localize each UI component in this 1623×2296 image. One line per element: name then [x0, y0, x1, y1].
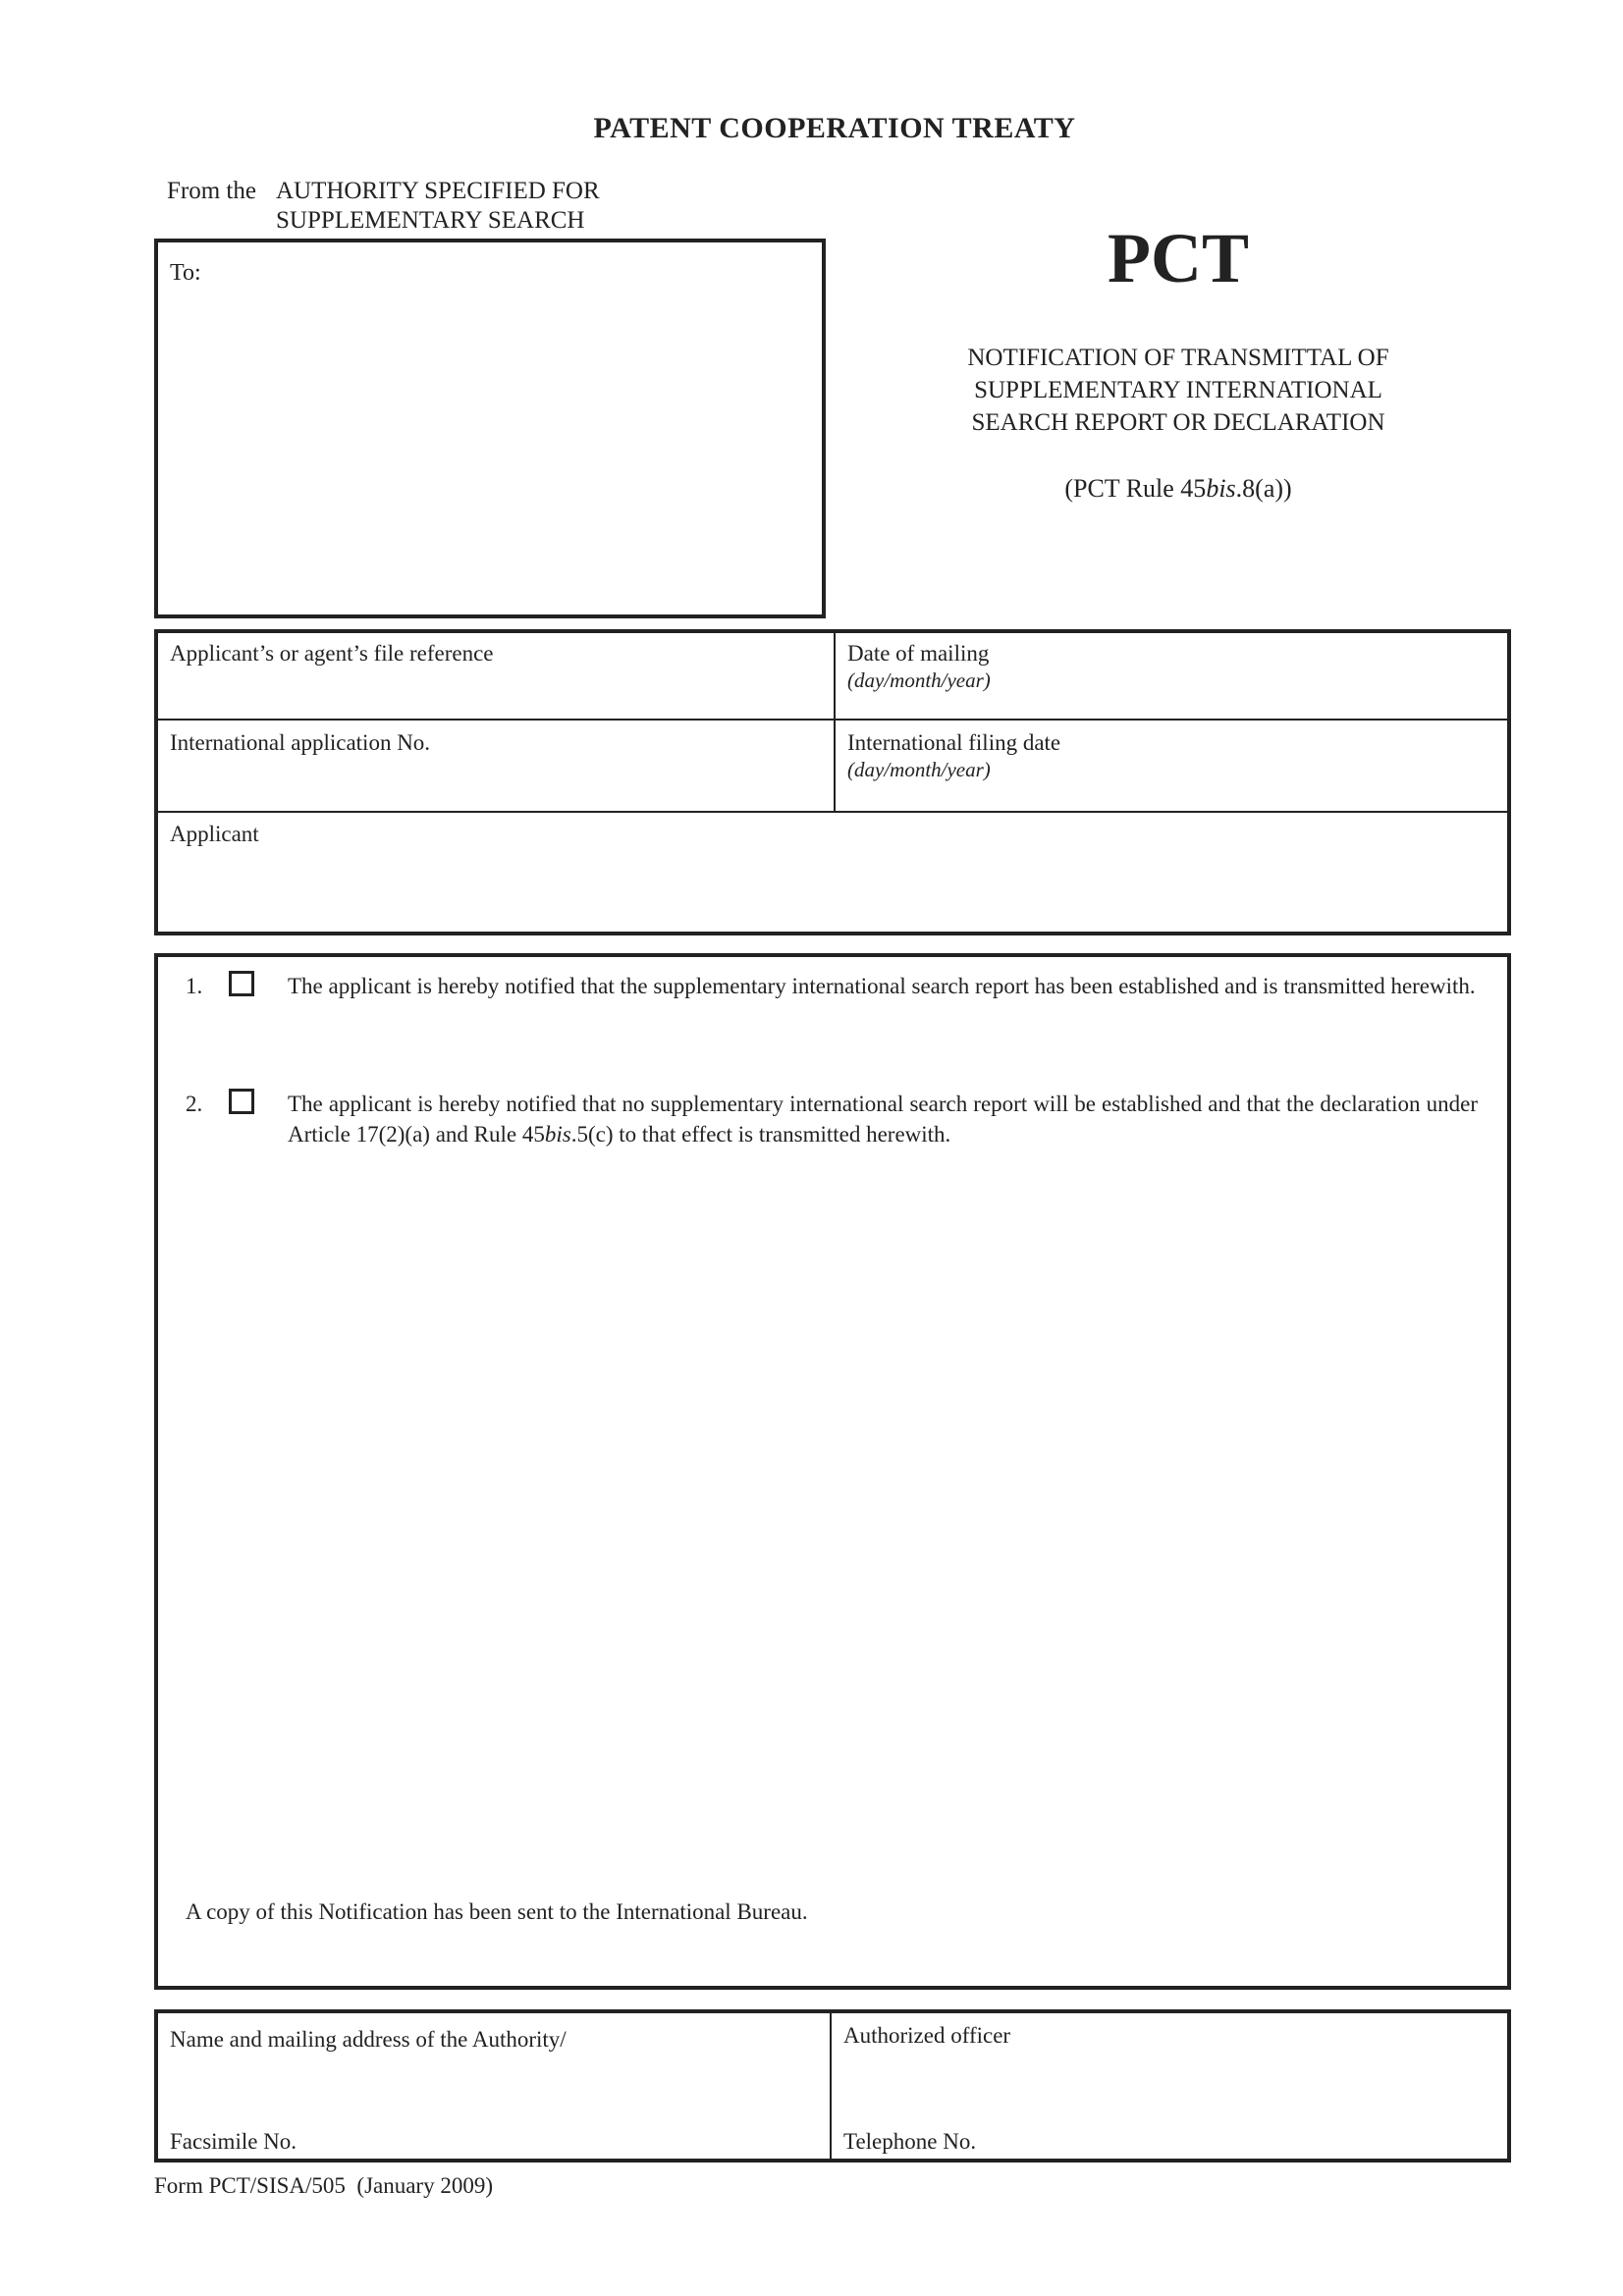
rule-italic: bis — [1206, 474, 1235, 503]
signature-block: Name and mailing address of the Authorit… — [154, 2009, 1511, 2163]
authority-name: AUTHORITY SPECIFIED FOR SUPPLEMENTARY SE… — [276, 177, 600, 236]
telephone-field[interactable]: Telephone No. — [843, 2129, 1491, 2155]
notice-text: The applicant is hereby notified that th… — [288, 971, 1478, 1001]
column-divider — [830, 2013, 832, 2159]
file-reference-label: Applicant’s or agent’s file reference — [170, 641, 494, 666]
row-divider — [158, 811, 1507, 813]
date-of-mailing-label: Date of mailing — [847, 641, 989, 666]
notice-number: 2. — [186, 1089, 202, 1119]
notice-text: The applicant is hereby notified that no… — [288, 1089, 1478, 1149]
application-number-label: International application No. — [170, 730, 430, 755]
authority-line-2: SUPPLEMENTARY SEARCH — [276, 206, 600, 236]
notice-text-italic: bis — [545, 1122, 571, 1147]
form-title-line-3: SEARCH REPORT OR DECLARATION — [884, 406, 1473, 439]
authority-line-1: AUTHORITY SPECIFIED FOR — [276, 177, 600, 206]
form-title-line-1: NOTIFICATION OF TRANSMITTAL OF — [884, 342, 1473, 374]
telephone-label: Telephone No. — [843, 2129, 976, 2154]
filing-date-label: International filing date — [847, 730, 1060, 755]
notice-1-checkbox[interactable] — [229, 971, 254, 996]
from-label: From the — [167, 177, 275, 206]
column-divider — [834, 633, 836, 811]
applicant-field[interactable]: Applicant — [170, 822, 1495, 930]
file-reference-field[interactable]: Applicant’s or agent’s file reference — [170, 641, 818, 720]
document-title: PATENT COOPERATION TREATY — [0, 112, 1623, 145]
notice-item-2: 2. The applicant is hereby notified that… — [186, 1089, 1478, 1149]
rule-suffix: .8(a)) — [1236, 474, 1292, 503]
form-identifier: Form PCT/SISA/505 (January 2009) — [154, 2173, 493, 2199]
application-number-field[interactable]: International application No. — [170, 730, 818, 809]
authority-address-label: Name and mailing address of the Authorit… — [170, 2027, 567, 2052]
authority-address-field[interactable]: Name and mailing address of the Authorit… — [170, 2027, 818, 2053]
notice-number: 1. — [186, 971, 202, 1001]
notice-2-checkbox[interactable] — [229, 1089, 254, 1114]
sender-block: From the AUTHORITY SPECIFIED FOR SUPPLEM… — [167, 177, 275, 206]
date-of-mailing-hint: (day/month/year) — [847, 668, 1495, 693]
authorized-officer-label: Authorized officer — [843, 2023, 1010, 2048]
pct-logo: PCT — [982, 218, 1375, 299]
application-info-table: Applicant’s or agent’s file reference Da… — [154, 629, 1511, 935]
date-of-mailing-field[interactable]: Date of mailing (day/month/year) — [847, 641, 1495, 720]
filing-date-field[interactable]: International filing date (day/month/yea… — [847, 730, 1495, 809]
authorized-officer-field[interactable]: Authorized officer — [843, 2023, 1491, 2049]
applicant-label: Applicant — [170, 822, 259, 846]
facsimile-field[interactable]: Facsimile No. — [170, 2129, 818, 2155]
notice-text-part: .5(c) to that effect is transmitted here… — [571, 1122, 951, 1147]
notice-item-1: 1. The applicant is hereby notified that… — [186, 971, 1478, 1001]
notification-body: 1. The applicant is hereby notified that… — [154, 953, 1511, 1990]
form-title: NOTIFICATION OF TRANSMITTAL OF SUPPLEMEN… — [884, 342, 1473, 439]
filing-date-hint: (day/month/year) — [847, 758, 1495, 782]
copy-note: A copy of this Notification has been sen… — [186, 1899, 808, 1925]
recipient-box[interactable]: To: — [154, 239, 826, 618]
to-label: To: — [170, 260, 201, 287]
row-divider — [158, 719, 1507, 721]
form-title-line-2: SUPPLEMENTARY INTERNATIONAL — [884, 374, 1473, 406]
facsimile-label: Facsimile No. — [170, 2129, 297, 2154]
rule-prefix: (PCT Rule 45 — [1064, 474, 1206, 503]
rule-reference: (PCT Rule 45bis.8(a)) — [884, 474, 1473, 504]
